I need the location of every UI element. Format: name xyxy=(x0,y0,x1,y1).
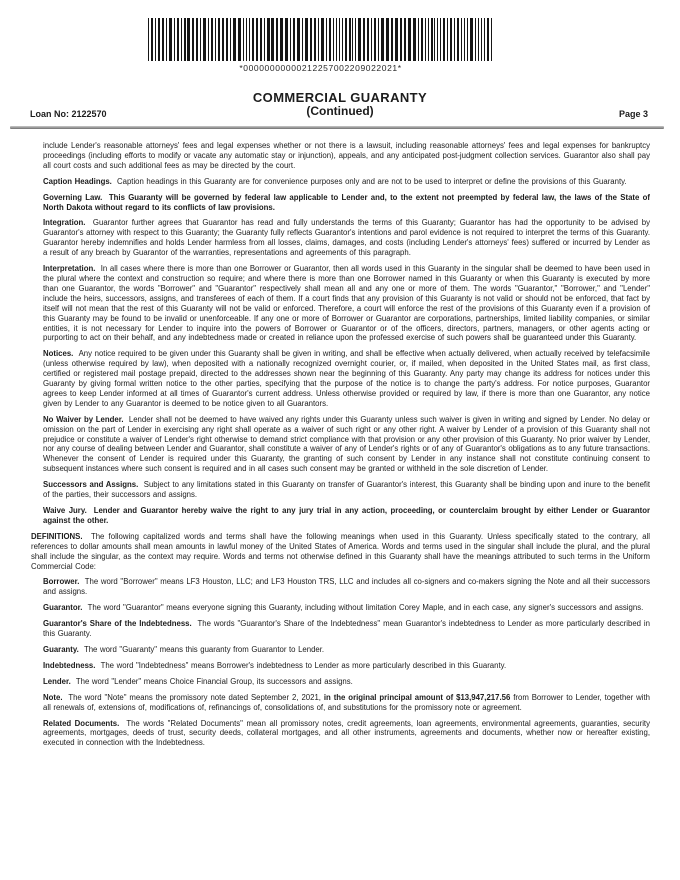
barcode-bar xyxy=(431,18,433,61)
barcode-bar xyxy=(285,18,288,61)
barcode-bar xyxy=(196,18,198,61)
paragraph: Guarantor. The word "Guarantor" means ev… xyxy=(43,603,650,613)
barcode-bar xyxy=(349,18,351,61)
barcode-bar xyxy=(310,18,312,61)
barcode-bar xyxy=(342,18,343,61)
header-divider xyxy=(10,126,664,129)
barcode-bar xyxy=(321,18,324,61)
barcode-bar xyxy=(318,18,319,61)
barcode-bar xyxy=(222,18,224,61)
paragraph: include Lender's reasonable attorneys' f… xyxy=(43,141,650,171)
paragraph-text: This Guaranty will be governed by federa… xyxy=(43,193,650,212)
barcode-bar xyxy=(367,18,369,61)
barcode-bar xyxy=(256,18,258,61)
paragraph-heading: Interpretation. xyxy=(43,264,101,273)
barcode-bar xyxy=(386,18,389,61)
paragraph-heading: Integration. xyxy=(43,218,93,227)
barcode-bar xyxy=(290,18,291,61)
barcode-bar xyxy=(491,18,492,61)
paragraph: No Waiver by Lender. Lender shall not be… xyxy=(43,415,650,474)
paragraph-text: The word "Note" means the promissory not… xyxy=(68,693,324,702)
paragraph-text: The word "Guaranty" means this guaranty … xyxy=(84,645,324,654)
barcode-bar xyxy=(487,18,489,61)
barcode-bar xyxy=(184,18,186,61)
paragraph-heading: Lender. xyxy=(43,677,76,686)
paragraph-text: The word "Guarantor" means everyone sign… xyxy=(88,603,644,612)
barcode-bar xyxy=(192,18,194,61)
barcode-bar xyxy=(249,18,250,61)
barcode-bar xyxy=(200,18,201,61)
paragraph-text: In all cases where there is more than on… xyxy=(43,264,650,342)
barcode-bar xyxy=(470,18,473,61)
barcode-bar xyxy=(413,18,416,61)
barcode-bar xyxy=(158,18,160,61)
barcode-bar xyxy=(404,18,406,61)
barcode-bar xyxy=(425,18,426,61)
barcode-bar xyxy=(187,18,190,61)
paragraph-text: The word "Borrower" means LF3 Houston, L… xyxy=(43,577,650,596)
paragraph: DEFINITIONS. The following capitalized w… xyxy=(31,532,650,572)
barcode-bar xyxy=(302,18,303,61)
barcode-bar xyxy=(155,18,156,61)
barcode-bar xyxy=(464,18,465,61)
barcode-bar xyxy=(260,18,262,61)
barcode-bar xyxy=(421,18,423,61)
paragraph-heading: Successors and Assigns. xyxy=(43,480,144,489)
paragraph: Successors and Assigns. Subject to any l… xyxy=(43,480,650,500)
barcode-bar xyxy=(363,18,365,61)
barcode-bar xyxy=(177,18,179,61)
barcode-bar xyxy=(475,18,476,61)
barcode-bar xyxy=(454,18,455,61)
barcode-bar xyxy=(246,18,247,61)
paragraph: Guarantor's Share of the Indebtedness. T… xyxy=(43,619,650,639)
paragraph: Governing Law. This Guaranty will be gov… xyxy=(43,193,650,213)
barcode-bar xyxy=(443,18,445,61)
barcode-bar xyxy=(252,18,254,61)
paragraph-heading: Borrower. xyxy=(43,577,85,586)
paragraph: Caption Headings. Caption headings in th… xyxy=(43,177,650,187)
barcode-bar xyxy=(329,18,331,61)
barcode-bar xyxy=(352,18,353,61)
barcode-bar xyxy=(233,18,236,61)
barcode-bar xyxy=(166,18,167,61)
barcode-bar xyxy=(230,18,231,61)
barcode-bar xyxy=(243,18,244,61)
barcode-bar xyxy=(267,18,270,61)
paragraph: Guaranty. The word "Guaranty" means this… xyxy=(43,645,650,655)
barcode-bar xyxy=(381,18,384,61)
barcode-bar xyxy=(434,18,435,61)
paragraph-text: The word "Lender" means Choice Financial… xyxy=(76,677,353,686)
barcode-bar xyxy=(211,18,213,61)
barcode-bar xyxy=(481,18,482,61)
paragraph-heading: Governing Law. xyxy=(43,193,109,202)
paragraph-heading: Note. xyxy=(43,693,68,702)
barcode-bar xyxy=(218,18,220,61)
paragraph-text: The words "Related Documents" mean all p… xyxy=(43,719,650,748)
barcode-bar xyxy=(238,18,241,61)
barcode-bar xyxy=(203,18,206,61)
paragraph-heading: DEFINITIONS. xyxy=(31,532,91,541)
barcode-bar xyxy=(271,18,274,61)
barcode-bar xyxy=(293,18,295,61)
paragraph: Integration. Guarantor further agrees th… xyxy=(43,218,650,258)
barcode-bar xyxy=(440,18,441,61)
barcode-bar xyxy=(461,18,462,61)
barcode-bar xyxy=(148,18,149,61)
paragraph-heading: No Waiver by Lender. xyxy=(43,415,129,424)
paragraph: Waive Jury. Lender and Guarantor hereby … xyxy=(43,506,650,526)
barcode-bar xyxy=(264,18,265,61)
barcode-bar xyxy=(450,18,452,61)
barcode-bar xyxy=(467,18,468,61)
paragraph-text: in the original principal amount of $13,… xyxy=(324,693,510,702)
barcode-bar xyxy=(484,18,485,61)
barcode-text: *00000000000212257002209022021* xyxy=(148,63,493,73)
barcode-bar xyxy=(428,18,429,61)
barcode-bar xyxy=(226,18,228,61)
barcode-bar xyxy=(400,18,402,61)
paragraph: Borrower. The word "Borrower" means LF3 … xyxy=(43,577,650,597)
barcode-bar xyxy=(345,18,347,61)
barcode-bar xyxy=(355,18,356,61)
paragraph: Lender. The word "Lender" means Choice F… xyxy=(43,677,650,687)
barcode-bar xyxy=(169,18,172,61)
barcode: *00000000000212257002209022021* xyxy=(148,18,493,73)
paragraph-text: Lender and Guarantor hereby waive the ri… xyxy=(43,506,650,525)
paragraph-heading: Waive Jury. xyxy=(43,506,94,515)
barcode-bar xyxy=(391,18,393,61)
barcode-bar xyxy=(478,18,479,61)
paragraph-text: Lender shall not be deemed to have waive… xyxy=(43,415,650,474)
document-body: include Lender's reasonable attorneys' f… xyxy=(0,141,680,754)
barcode-bar xyxy=(297,18,300,61)
barcode-bar xyxy=(181,18,182,61)
barcode-bar xyxy=(162,18,164,61)
barcode-bars-icon xyxy=(148,18,493,61)
paragraph: Notices. Any notice required to be given… xyxy=(43,349,650,408)
barcode-bar xyxy=(208,18,209,61)
paragraph-text: include Lender's reasonable attorneys' f… xyxy=(43,141,650,170)
paragraph-heading: Indebtedness. xyxy=(43,661,101,670)
barcode-bar xyxy=(447,18,448,61)
document-page: *00000000000212257002209022021* COMMERCI… xyxy=(0,0,680,880)
paragraph: Interpretation. In all cases where there… xyxy=(43,264,650,343)
barcode-bar xyxy=(378,18,379,61)
barcode-bar xyxy=(336,18,337,61)
barcode-bar xyxy=(333,18,334,61)
paragraph-heading: Guarantor. xyxy=(43,603,88,612)
paragraph-text: Any notice required to be given under th… xyxy=(43,349,650,408)
barcode-bar xyxy=(457,18,459,61)
barcode-bar xyxy=(374,18,376,61)
barcode-bar xyxy=(418,18,419,61)
paragraph-heading: Related Documents. xyxy=(43,719,126,728)
paragraph-heading: Guaranty. xyxy=(43,645,84,654)
paragraph-text: The following capitalized words and term… xyxy=(31,532,650,571)
barcode-bar xyxy=(408,18,411,61)
page-number: Page 3 xyxy=(619,109,648,119)
barcode-bar xyxy=(215,18,216,61)
paragraph-text: Caption headings in this Guaranty are fo… xyxy=(117,177,627,186)
paragraph: Indebtedness. The word "Indebtedness" me… xyxy=(43,661,650,671)
barcode-bar xyxy=(339,18,340,61)
paragraph-heading: Notices. xyxy=(43,349,79,358)
paragraph-heading: Guarantor's Share of the Indebtedness. xyxy=(43,619,197,628)
barcode-bar xyxy=(174,18,175,61)
barcode-bar xyxy=(276,18,278,61)
barcode-bar xyxy=(358,18,361,61)
barcode-bar xyxy=(314,18,316,61)
paragraph-text: The word "Indebtedness" means Borrower's… xyxy=(101,661,507,670)
barcode-bar xyxy=(280,18,283,61)
barcode-bar xyxy=(326,18,327,61)
barcode-bar xyxy=(371,18,372,61)
barcode-bar xyxy=(305,18,308,61)
barcode-bar xyxy=(395,18,398,61)
document-title: COMMERCIAL GUARANTY xyxy=(0,91,680,105)
paragraph-text: Guarantor further agrees that Guarantor … xyxy=(43,218,650,257)
barcode-bar xyxy=(437,18,438,61)
barcode-bar xyxy=(151,18,153,61)
paragraph: Related Documents. The words "Related Do… xyxy=(43,719,650,749)
loan-number: Loan No: 2122570 xyxy=(30,109,107,119)
paragraph: Note. The word "Note" means the promisso… xyxy=(43,693,650,713)
paragraph-heading: Caption Headings. xyxy=(43,177,117,186)
